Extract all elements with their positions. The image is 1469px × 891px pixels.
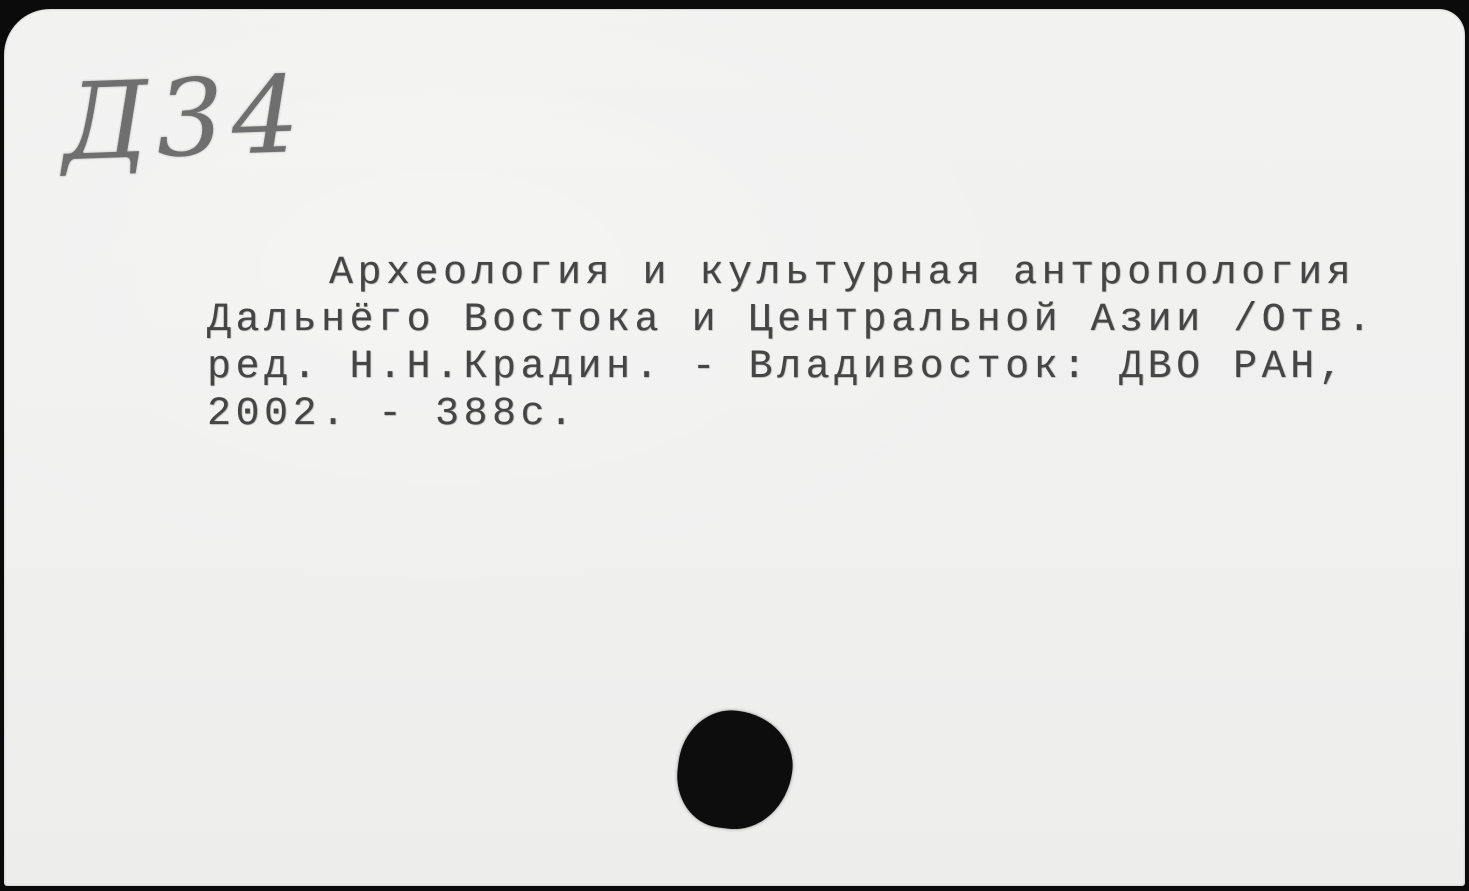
bib-line-title-continued: Дальнёго Востока и Центральной Азии /Отв… [207, 297, 1376, 344]
punch-hole-mark [671, 704, 799, 835]
bib-line-title: Археология и культурная антропология [207, 250, 1376, 297]
bib-line-year-pages: 2002. - 388с. [207, 391, 1376, 438]
bibliographic-record: Археология и культурная антропология Дал… [207, 250, 1376, 438]
catalog-card: Д34 Археология и культурная антропология… [4, 9, 1465, 886]
handwritten-call-number: Д34 [60, 53, 309, 184]
bib-line-editor-publisher: ред. Н.Н.Крадин. - Владивосток: ДВО РАН, [207, 344, 1376, 391]
scanner-background: { "card": { "call_number": "Д34", "bib_l… [0, 0, 1469, 891]
